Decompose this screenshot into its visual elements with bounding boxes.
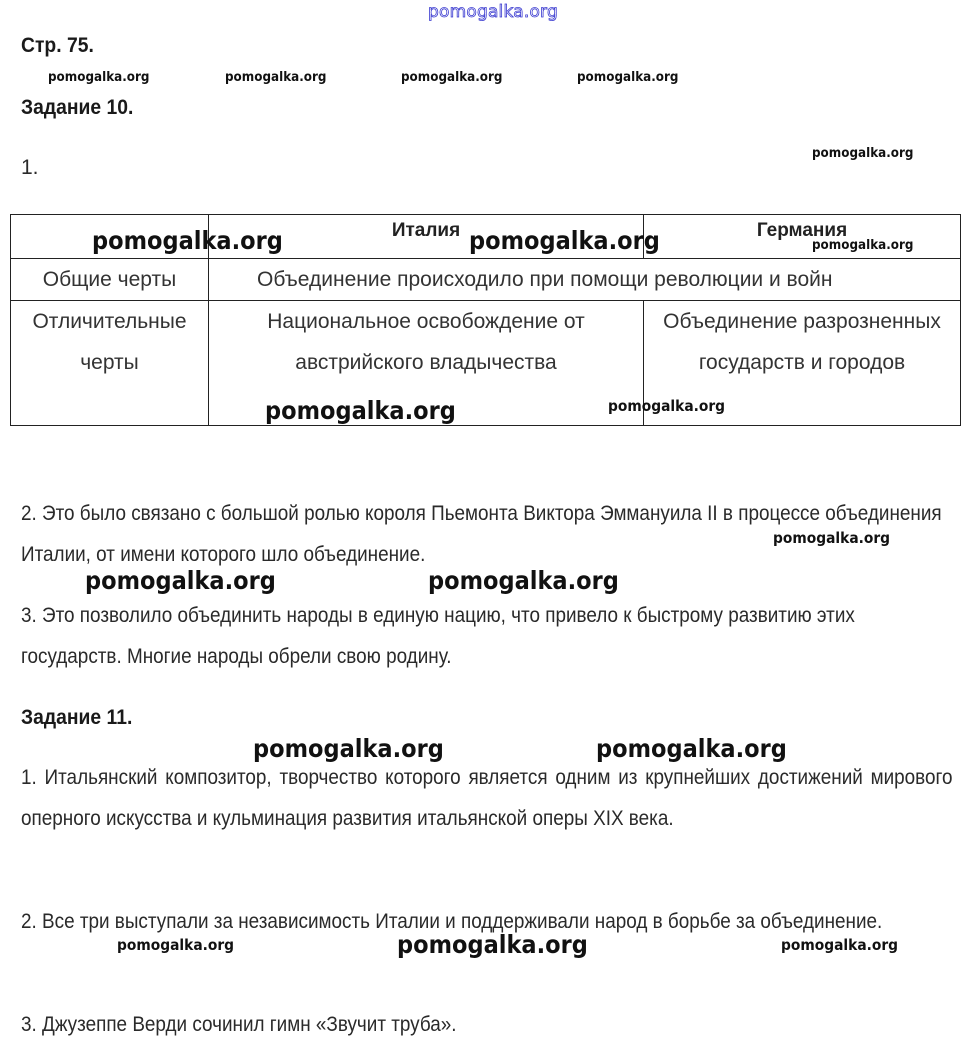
task10-item1-label: 1. bbox=[21, 147, 39, 188]
watermark: pomogalka.org bbox=[48, 70, 149, 85]
watermark: pomogalka.org bbox=[608, 397, 725, 415]
watermark: pomogalka.org bbox=[781, 936, 898, 954]
watermark: pomogalka.org bbox=[812, 146, 913, 161]
row-label-common: Общие черты bbox=[11, 259, 209, 301]
task11-item1: 1. Итальянский композитор, творчество ко… bbox=[21, 757, 953, 839]
task11-item3: 3. Джузеппе Верди сочинил гимн «Звучит т… bbox=[21, 1004, 457, 1045]
page-title: Стр. 75. bbox=[21, 34, 94, 58]
site-watermark-top: pomogalka.org bbox=[428, 2, 558, 22]
watermark: pomogalka.org bbox=[117, 936, 234, 954]
table-row: Отличительные черты Национальное освобож… bbox=[11, 301, 961, 426]
watermark: pomogalka.org bbox=[92, 226, 283, 255]
watermark: pomogalka.org bbox=[225, 70, 326, 85]
task10-item3: 3. Это позволило объединить народы в еди… bbox=[21, 595, 953, 677]
watermark: pomogalka.org bbox=[773, 529, 890, 547]
table-row: Общие черты Объединение происходило при … bbox=[11, 259, 961, 301]
watermark: pomogalka.org bbox=[469, 226, 660, 255]
watermark: pomogalka.org bbox=[577, 70, 678, 85]
watermark: pomogalka.org bbox=[812, 238, 913, 253]
watermark: pomogalka.org bbox=[265, 396, 456, 425]
watermark: pomogalka.org bbox=[85, 566, 276, 595]
watermark: pomogalka.org bbox=[401, 70, 502, 85]
watermark: pomogalka.org bbox=[397, 930, 588, 959]
common-features-cell: Объединение происходило при помощи револ… bbox=[209, 259, 961, 301]
task10-heading: Задание 10. bbox=[21, 96, 133, 120]
task11-heading: Задание 11. bbox=[21, 706, 132, 730]
row-label-distinct: Отличительные черты bbox=[11, 301, 209, 426]
watermark: pomogalka.org bbox=[428, 566, 619, 595]
